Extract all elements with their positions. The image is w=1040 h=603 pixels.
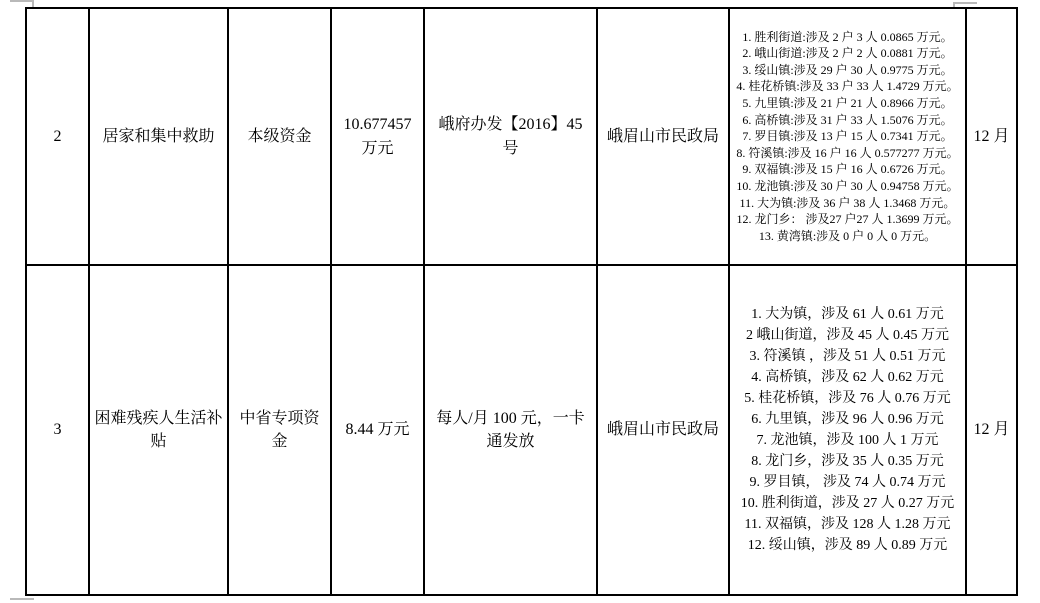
cell-serial-number: 3 [26,265,89,595]
cell-fund-type: 本级资金 [228,8,331,265]
detail-line: 6. 高桥镇:涉及 31 户 33 人 1.5076 万元。 [734,112,961,129]
detail-line: 7. 罗目镇:涉及 13 户 15 人 0.7341 万元。 [734,128,961,145]
table-row: 2 居家和集中救助 本级资金 10.677457 万元 峨府办发【2016】45… [26,8,1017,265]
cell-department: 峨眉山市民政局 [597,265,729,595]
cell-fund-type: 中省专项资金 [228,265,331,595]
detail-line: 4. 高桥镇，涉及 62 人 0.62 万元 [734,367,961,388]
detail-line: 8. 龙门乡，涉及 35 人 0.35 万元 [734,451,961,472]
subsidy-table: 2 居家和集中救助 本级资金 10.677457 万元 峨府办发【2016】45… [25,7,1018,596]
cell-month: 12 月 [966,8,1017,265]
crop-mark-top-right-h [953,2,977,4]
cell-distribution-details: 1. 胜利街道:涉及 2 户 3 人 0.0865 万元。2. 峨山街道:涉及 … [729,8,966,265]
detail-line: 10. 胜利街道，涉及 27 人 0.27 万元 [734,493,961,514]
detail-line: 6. 九里镇，涉及 96 人 0.96 万元 [734,409,961,430]
detail-line: 11. 大为镇:涉及 36 户 38 人 1.3468 万元。 [734,195,961,212]
detail-line: 9. 双福镇:涉及 15 户 16 人 0.6726 万元。 [734,161,961,178]
crop-mark-bottom-left-h [10,598,34,600]
detail-line: 11. 双福镇，涉及 128 人 1.28 万元 [734,514,961,535]
cell-amount: 8.44 万元 [331,265,424,595]
detail-line: 1. 大为镇，涉及 61 人 0.61 万元 [734,304,961,325]
crop-mark-top-left-h [10,0,34,2]
detail-line: 12. 绥山镇，涉及 89 人 0.89 万元 [734,535,961,556]
detail-line: 8. 符溪镇:涉及 16 户 16 人 0.577277 万元。 [734,145,961,162]
detail-line: 5. 九里镇:涉及 21 户 21 人 0.8966 万元。 [734,95,961,112]
detail-line: 9. 罗目镇， 涉及 74 人 0.74 万元 [734,472,961,493]
cell-distribution-details: 1. 大为镇，涉及 61 人 0.61 万元2 峨山街道，涉及 45 人 0.4… [729,265,966,595]
detail-line: 2. 峨山街道:涉及 2 户 2 人 0.0881 万元。 [734,45,961,62]
cell-item-name: 困难残疾人生活补贴 [89,265,228,595]
detail-line: 3. 绥山镇:涉及 29 户 30 人 0.9775 万元。 [734,62,961,79]
cell-month: 12 月 [966,265,1017,595]
detail-line: 10. 龙池镇:涉及 30 户 30 人 0.94758 万元。 [734,178,961,195]
detail-line: 7. 龙池镇，涉及 100 人 1 万元 [734,430,961,451]
cell-serial-number: 2 [26,8,89,265]
cell-department: 峨眉山市民政局 [597,8,729,265]
detail-line: 3. 符溪镇 ，涉及 51 人 0.51 万元 [734,346,961,367]
detail-line: 1. 胜利街道:涉及 2 户 3 人 0.0865 万元。 [734,29,961,46]
detail-line: 2 峨山街道，涉及 45 人 0.45 万元 [734,325,961,346]
detail-line: 13. 黄湾镇:涉及 0 户 0 人 0 万元。 [734,228,961,245]
document-page: 2 居家和集中救助 本级资金 10.677457 万元 峨府办发【2016】45… [0,0,1040,603]
detail-line: 4. 桂花桥镇:涉及 33 户 33 人 1.4729 万元。 [734,78,961,95]
detail-line: 5. 桂花桥镇，涉及 76 人 0.76 万元 [734,388,961,409]
cell-basis: 峨府办发【2016】45 号 [424,8,597,265]
detail-line: 12. 龙门乡： 涉及27 户27 人 1.3699 万元。 [734,211,961,228]
cell-basis: 每人/月 100 元，一卡通发放 [424,265,597,595]
table-row: 3 困难残疾人生活补贴 中省专项资金 8.44 万元 每人/月 100 元，一卡… [26,265,1017,595]
cell-item-name: 居家和集中救助 [89,8,228,265]
cell-amount: 10.677457 万元 [331,8,424,265]
